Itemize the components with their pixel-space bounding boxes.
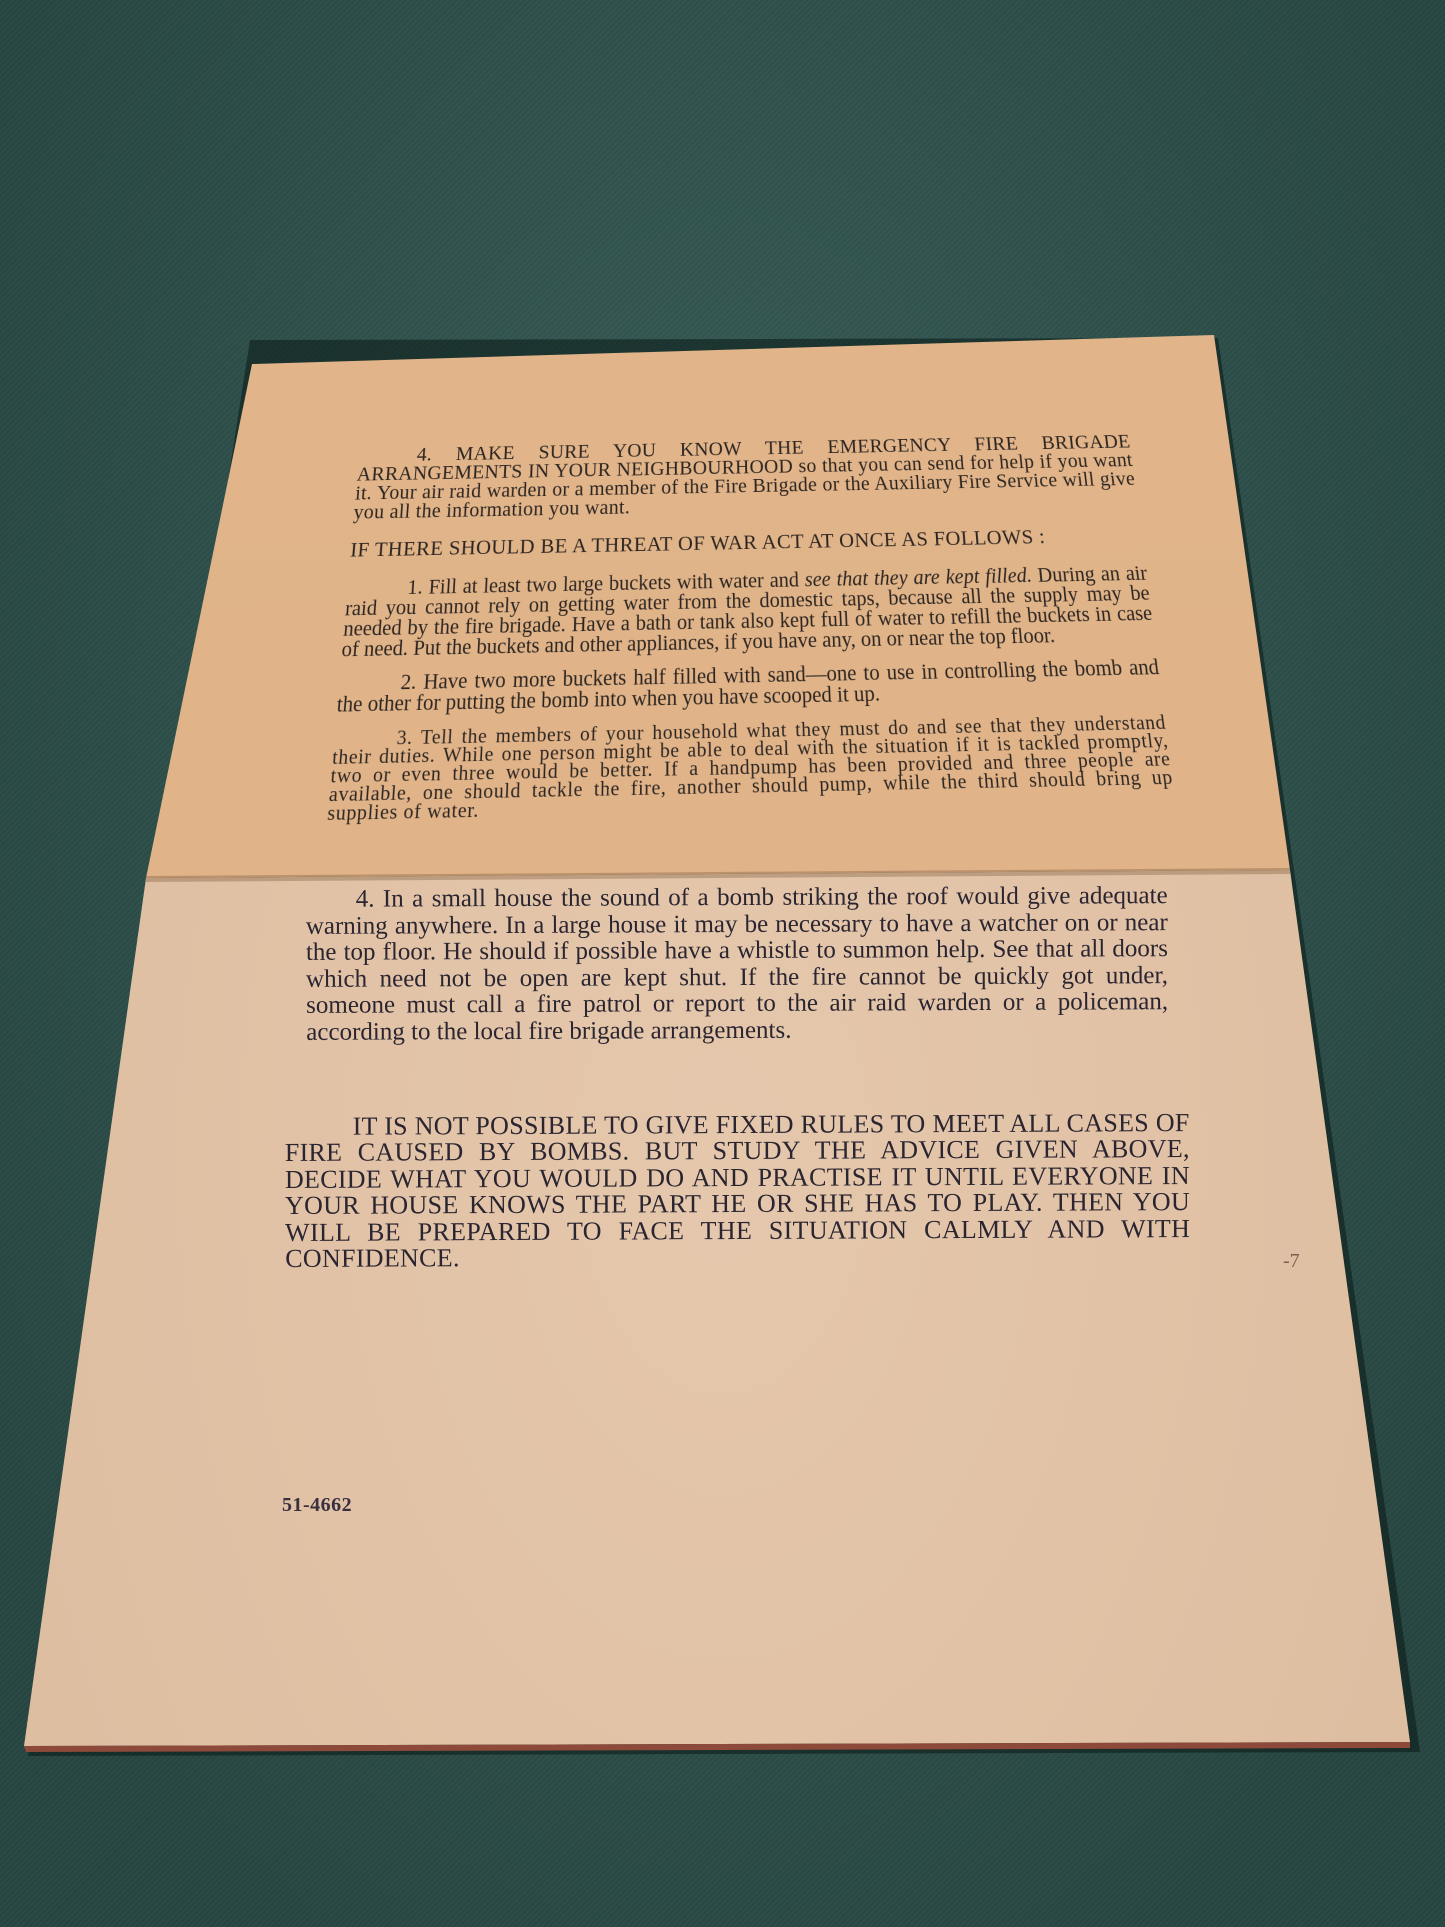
list-item-1: 1. Fill at least two large buckets with … — [341, 564, 1156, 661]
list-item-text: Tell the members of your household what … — [326, 711, 1174, 825]
upper-panel-text: 4. MAKE SURE YOU KNOW THE EMERGENCY FIRE… — [325, 433, 1178, 837]
section-4-heading: 4. MAKE SURE YOU KNOW THE EMERGENCY FIRE… — [353, 433, 1139, 523]
list-item-2: 2. Have two more buckets half filled wit… — [336, 658, 1163, 716]
closing-advice: IT IS NOT POSSIBLE TO GIVE FIXED RULES T… — [285, 1110, 1191, 1272]
pen-mark: -7 — [1283, 1250, 1300, 1273]
threat-heading: IF THERE SHOULD BE A THREAT OF WAR ACT A… — [349, 526, 1143, 561]
list-item-4: 4. In a small house the sound of a bomb … — [306, 883, 1169, 1046]
list-item-3: 3. Tell the members of your household wh… — [327, 713, 1177, 822]
list-item-text: Have two more buckets half filled with s… — [336, 657, 1161, 718]
form-code: 51-4662 — [282, 1494, 352, 1517]
list-item-number: 2. — [400, 671, 417, 695]
lower-panel-text: 4. In a small house the sound of a bomb … — [306, 883, 1169, 1060]
